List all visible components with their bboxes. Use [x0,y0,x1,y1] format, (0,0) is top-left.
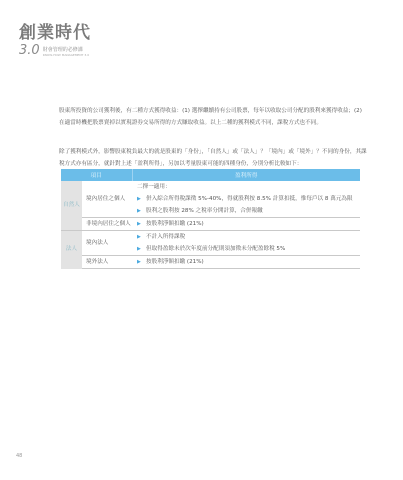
bullet-text: 按股利淨額扣繳 (21%) [146,218,204,230]
row-intro: 二擇一適用： [137,181,360,193]
row-detail: ▶按股利淨額扣繳 (21%) [132,218,360,231]
row-detail: ▶不計入所得課稅 ▶但取得盈餘未於次年度前分配則須加徵未分配盈餘稅 5% [132,231,360,256]
arrow-bullet-icon: ▶ [137,218,146,230]
bullet-text: 但取得盈餘未於次年度前分配則須加徵未分配盈餘稅 5% [146,243,285,255]
category-legal-person: 法人 [61,231,82,269]
arrow-bullet-icon: ▶ [137,231,146,243]
table-row: 法人 境內法人 ▶不計入所得課稅 ▶但取得盈餘未於次年度前分配則須加徵未分配盈餘… [61,231,360,256]
row-subject: 非境內居住之個人 [82,218,132,231]
arrow-bullet-icon: ▶ [137,243,146,255]
table-row: 自然人 境內居住之個人 二擇一適用： ▶併入綜合所得稅課徵 5%-40%，得就股… [61,181,360,218]
book-subtitle-small: KNOW-HOW MANAGEMENT 3.0 [43,53,89,57]
arrow-bullet-icon: ▶ [137,193,146,205]
bullet-text: 不計入所得課稅 [146,231,185,243]
header-dividend-income: 盈利所得 [132,169,360,181]
dividend-tax-table: 項目 盈利所得 自然人 境內居住之個人 二擇一適用： ▶併入綜合所得稅課徵 5%… [61,169,360,269]
arrow-bullet-icon: ▶ [137,256,146,268]
book-logo: 創業時代 3.0 財會管理的必修課 KNOW-HOW MANAGEMENT 3.… [19,24,91,57]
row-detail: ▶按股利淨額扣繳 (21%) [132,256,360,269]
page-number: 48 [16,453,22,459]
header-item: 項目 [61,169,132,181]
table-row: 境外法人 ▶按股利淨額扣繳 (21%) [61,256,360,269]
book-title: 創業時代 [19,24,91,42]
row-detail: 二擇一適用： ▶併入綜合所得稅課徵 5%-40%，得就股利按 8.5% 計算扣抵… [132,181,360,218]
bullet-text: 股利之股利按 28% 之稅率分開計算，合併報繳 [146,205,263,217]
paragraph-1: 股東所投資的公司獲利後，有二種方式獲得收益：(1) 選擇繼續持有公司股票，每年以… [59,105,369,130]
arrow-bullet-icon: ▶ [137,205,146,217]
row-subject: 境外法人 [82,256,132,269]
table-row: 非境內居住之個人 ▶按股利淨額扣繳 (21%) [61,218,360,231]
bullet-text: 按股利淨額扣繳 (21%) [146,256,204,268]
category-natural-person: 自然人 [61,181,82,231]
paragraph-2: 除了獲利模式外，影響股東稅負最大的就是股東的「身份」，「自然人」或「法人」？「境… [59,146,369,171]
book-version: 3.0 [19,44,40,57]
row-subject: 境內居住之個人 [82,181,132,218]
row-subject: 境內法人 [82,231,132,256]
bullet-text: 併入綜合所得稅課徵 5%-40%，得就股利按 8.5% 計算扣抵，惟每戶以 8 … [146,193,353,205]
